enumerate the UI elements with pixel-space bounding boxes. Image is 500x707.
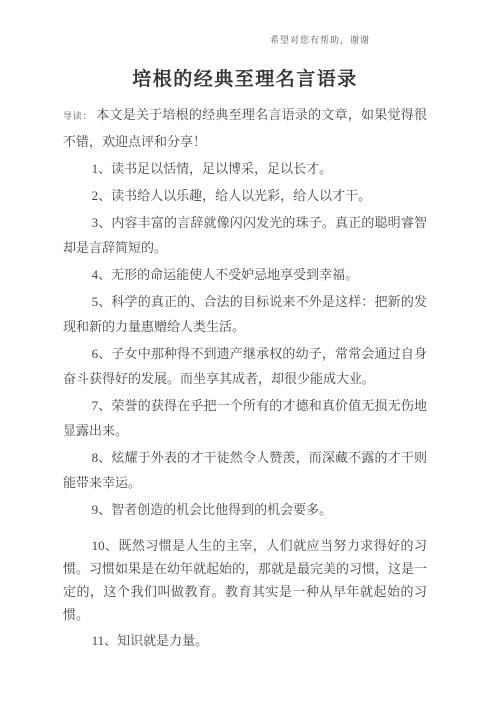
quote-8: 8、炫耀于外表的才干徒然令人赞羡，而深藏不露的才干则能带来幸运。 [63,445,427,495]
quote-11: 11、知识就是力量。 [63,628,427,653]
quote-2: 2、读书给人以乐趣，给人以光彩，给人以才干。 [63,183,427,208]
intro-text: 本文是关于培根的经典至理名言语录的文章，如果觉得很不错，欢迎点评和分享！ [63,107,427,149]
intro-label: 导读： [63,111,96,121]
quote-1: 1、读书足以恬情，足以博采，足以长才。 [63,156,427,181]
document-page: 希望对您有帮助，谢谢 培根的经典至理名言语录 导读：本文是关于培根的经典至理名言… [0,0,500,707]
page-title: 培根的经典至理名言语录 [63,66,427,94]
intro-paragraph: 导读：本文是关于培根的经典至理名言语录的文章，如果觉得很不错，欢迎点评和分享！ [63,102,427,154]
quote-3: 3、内容丰富的言辞就像闪闪发光的珠子。真正的聪明睿智却是言辞简短的。 [63,210,427,260]
header-note: 希望对您有帮助，谢谢 [270,34,427,46]
quote-4: 4、无形的命运能使人不受妒忌地享受到幸福。 [63,262,427,287]
quote-5: 5、科学的真正的、合法的目标说来不外是这样：把新的发现和新的力量惠赠给人类生活。 [63,289,427,339]
quote-10: 10、既然习惯是人生的主宰，人们就应当努力求得好的习惯。习惯如果是在幼年就起始的… [63,534,427,626]
quote-7: 7、荣誉的获得在乎把一个所有的才德和真价值无损无伤地显露出来。 [63,393,427,443]
quote-9: 9、智者创造的机会比他得到的机会要多。 [63,497,427,522]
quote-6: 6、子女中那种得不到遗产继承权的幼子，常常会通过自身奋斗获得好的发展。而坐享其成… [63,341,427,391]
